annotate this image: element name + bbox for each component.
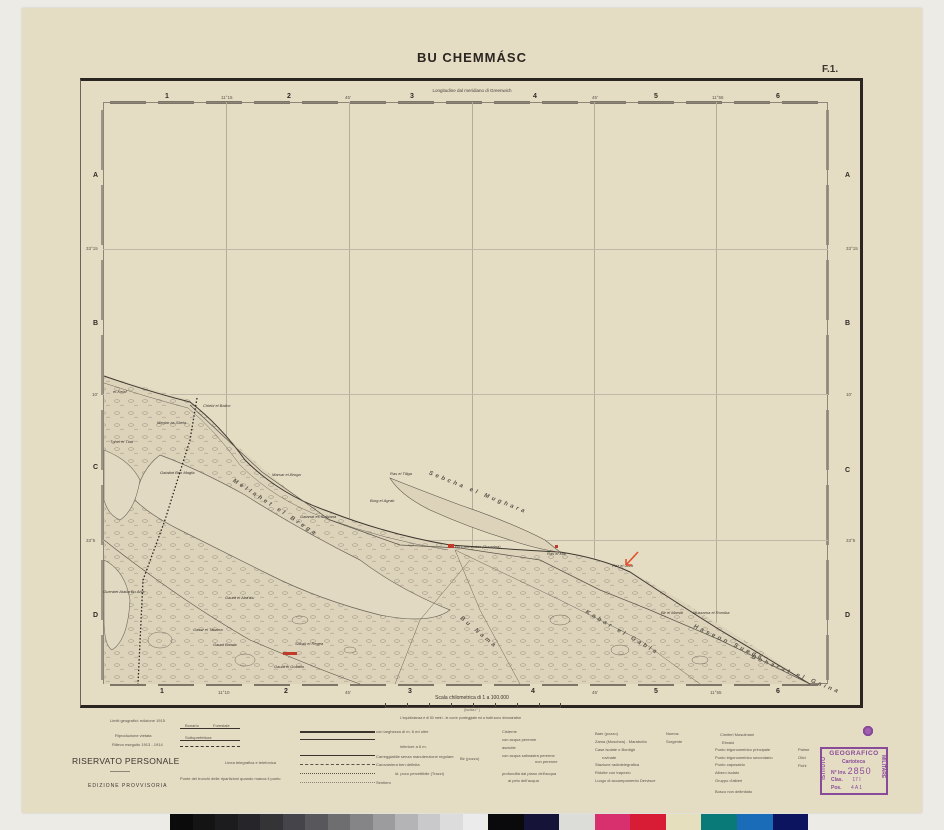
archive-stamp: GEOGRAFICO ISTITUTO MILITARE Cartoteca N… <box>820 747 888 795</box>
gray-swatch <box>283 814 306 830</box>
place-label: Gueraiet Ataba Bu Aisa <box>103 589 145 594</box>
place-label: Marsar el-Broga <box>272 472 301 477</box>
stamp-number-row: N° Inv. 2850 <box>831 766 872 776</box>
legend-text: Luogo di accampamento Dervisce <box>595 778 655 783</box>
color-calibration-strip <box>488 814 808 830</box>
gray-swatch <box>418 814 441 830</box>
legend-text: Punto trigonometrico principale <box>715 747 770 752</box>
place-label: Gauat Banda <box>213 642 237 647</box>
legend-text: Fichi <box>798 763 806 768</box>
town-marker-bu-chemmasc <box>448 544 454 548</box>
place-label: Sakait el Regea <box>295 641 323 646</box>
legend-text: Punto trigonometrico secondario <box>715 755 773 760</box>
stamp-right: MILITARE <box>880 755 886 778</box>
stamp-number-label: N° Inv. <box>831 770 846 776</box>
legend-text: con acqua salmastra perenne <box>502 753 555 758</box>
reproduction-note: Riproduzione vietata <box>115 733 151 738</box>
gray-swatch <box>238 814 261 830</box>
place-label: Ras el Mar <box>547 551 566 556</box>
color-swatch <box>559 814 595 830</box>
legend-text: Bonario <box>185 723 199 728</box>
stamp-left: ISTITUTO <box>821 757 827 780</box>
scale-unit: (Ischia I° ) <box>0 708 944 712</box>
place-label: Burg el Agrab <box>370 498 394 503</box>
legend-text: Gruppo d'alberi <box>715 778 742 783</box>
stamp-top: GEOGRAFICO <box>822 750 886 757</box>
color-swatch <box>524 814 560 830</box>
legend-text: id. poco percettibile (Trazzi) <box>395 771 444 776</box>
legend-text: Cimiteri Musulmani <box>720 732 754 737</box>
survey-note: Rilievo eseguito 1913 - 1914 <box>112 742 163 747</box>
stamp-class-row: Clas. 17 I <box>831 777 861 783</box>
red-cross-marker <box>555 545 558 548</box>
red-underline-marker <box>283 652 297 655</box>
legend-text: Ridotte con trapezio <box>595 770 631 775</box>
legend-text: Albero isolato <box>715 770 739 775</box>
legend-text: con larghezza di m. 6 ed oltre <box>376 729 428 734</box>
color-swatch <box>773 814 809 830</box>
legend-text: Punte dei tronchi delle ripartizioni qua… <box>180 776 281 781</box>
divider <box>110 771 130 772</box>
legend-text: Olivi <box>798 755 806 760</box>
legend-text: rovinate <box>602 755 616 760</box>
legend-line-track <box>300 773 375 775</box>
place-label: Megiar as-Sbeia <box>157 420 186 425</box>
color-swatch <box>737 814 773 830</box>
stamp-pos-row: Pos. 4 A 1 <box>831 785 862 791</box>
legend-text: Sottoprefettura <box>185 735 211 740</box>
color-swatch <box>701 814 737 830</box>
legend-text: Sorgente <box>666 739 682 744</box>
legend-text: Bosco non delimitato <box>715 789 752 794</box>
stamp-cartoteca: Cartoteca <box>842 759 865 765</box>
legend-text: Bir (pozzo) <box>460 756 479 761</box>
stamp-pos-label: Pos. <box>831 785 842 791</box>
place-label: Bir el Marsiti <box>661 610 683 615</box>
color-swatch <box>666 814 702 830</box>
stamp-number: 2850 <box>848 766 872 776</box>
legend-line-boundary <box>180 746 240 748</box>
gray-swatch <box>305 814 328 830</box>
legend-text: Baer (pozzo) <box>595 731 618 736</box>
gray-swatch <box>463 814 486 830</box>
legend-line-path <box>300 782 375 784</box>
legend-text: Forestale <box>213 723 230 728</box>
place-label: Gassr el Tabarra <box>193 627 223 632</box>
gray-swatch <box>350 814 373 830</box>
place-label: Ras el Tiliga <box>390 471 412 476</box>
legend-text: Palme <box>798 747 809 752</box>
gray-swatch <box>373 814 396 830</box>
gray-swatch <box>440 814 463 830</box>
legend-text: Zama (Moschea) - Marabutto <box>595 739 647 744</box>
place-label: Chiebi el Balloc <box>203 403 231 408</box>
legend-text: Case isolate o Bordigh <box>595 747 635 752</box>
stamp-class-value: 17 I <box>852 777 860 783</box>
legend-text: Linea telegrafica e telefonica <box>225 760 276 765</box>
scale-label: Scala chilometrica di 1 a 100.000 <box>0 695 944 701</box>
legend-text: Ebraici <box>722 740 734 745</box>
legend-text: profondità dal piano dell'acqua <box>502 771 556 776</box>
legend-text: Nomos <box>666 731 679 736</box>
legend-line-road <box>300 755 375 756</box>
legend-text: al pelo dell'acqua <box>508 778 539 783</box>
gray-swatch <box>215 814 238 830</box>
place-label: Gatanat es Sulbiana <box>300 514 336 519</box>
place-label: Tghel el Tiad <box>110 439 133 444</box>
legend-line-boundary <box>180 740 240 741</box>
edition-note: Limiti geografici: edizione 1915 <box>110 718 165 723</box>
legend-header: L'equidistanza è di 50 metri - le curve … <box>400 716 521 720</box>
legend-text: con acqua perenne <box>502 737 536 742</box>
legend-line-boundary <box>180 728 240 729</box>
legend-text: Cisterne <box>502 729 517 734</box>
gray-swatch <box>193 814 216 830</box>
red-arrow-icon <box>622 551 640 569</box>
place-label: Muzzama el Romiba <box>693 610 729 615</box>
color-swatch <box>595 814 631 830</box>
stamp-flower-icon <box>862 725 874 737</box>
place-label: el-Kelaf <box>113 389 127 394</box>
stamp-class-label: Clas. <box>831 777 843 783</box>
grayscale-calibration-strip <box>170 814 485 830</box>
place-label: Gauat el Gotatim <box>274 664 304 669</box>
legend-text: Punto caposaldo <box>715 762 745 767</box>
gray-swatch <box>260 814 283 830</box>
reserved-label: RISERVATO PERSONALE <box>72 756 180 766</box>
legend-text: Sentiero <box>376 780 391 785</box>
gray-swatch <box>170 814 193 830</box>
legend-line-track <box>300 764 375 766</box>
place-label: Gauat el Aba'aiu <box>225 595 254 600</box>
legend-line-road <box>300 731 375 733</box>
gray-swatch <box>328 814 351 830</box>
legend-line-road <box>300 739 375 740</box>
gray-swatch <box>395 814 418 830</box>
legend-text: non perenne <box>535 759 557 764</box>
place-label: Bu Chemmásc (Zuvarina) <box>455 544 501 549</box>
color-swatch <box>488 814 524 830</box>
legend-text: asciutte <box>502 745 516 750</box>
legend-text: Stazione radiotelegrafica <box>595 762 639 767</box>
legend-text: Carovaniera ben definita <box>376 762 420 767</box>
place-label: Gataitat Ben Magfa <box>160 470 194 475</box>
color-swatch <box>630 814 666 830</box>
legend-text: Carreggiabile senza manutenzione regolar… <box>376 754 454 759</box>
legend-text: inferiore a 6 m. <box>400 744 427 749</box>
stamp-pos-value: 4 A 1 <box>851 785 862 791</box>
edition-label: EDIZIONE PROVVISORIA <box>88 783 167 789</box>
